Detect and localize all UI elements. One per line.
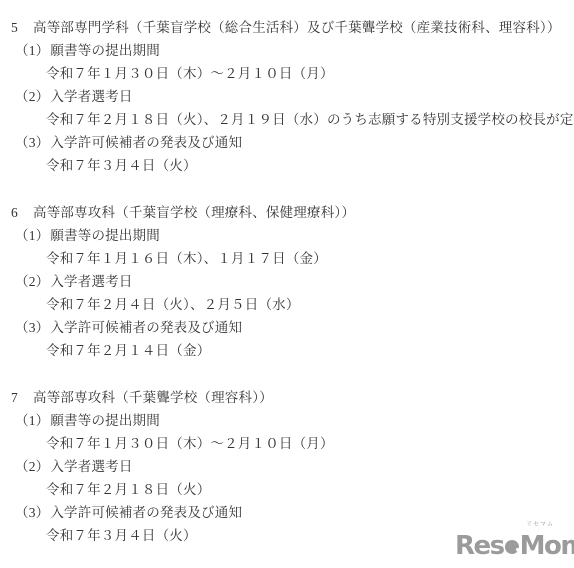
section-title-text: 高等部専攻科（千葉聾学校（理容科））	[33, 390, 273, 405]
item-heading-line: （1）願書等の提出期間	[11, 224, 570, 247]
item-heading-line: （3）入学許可候補者の発表及び通知	[11, 316, 570, 339]
section-title: 7高等部専攻科（千葉聾学校（理容科））	[11, 386, 570, 409]
item-label: （2）	[15, 274, 49, 289]
section-number: 5	[11, 16, 33, 39]
document-body: 5高等部専門学科（千葉盲学校（総合生活科）及び千葉聾学校（産業技術科、理容科））…	[11, 16, 570, 568]
resemom-logo: リセマム ResMom.	[455, 522, 567, 560]
section-6: 6高等部専攻科（千葉盲学校（理療科、保健理療科）） （1）願書等の提出期間 令和…	[11, 201, 570, 362]
item-label: （1）	[15, 228, 49, 243]
resemom-e-icon	[505, 540, 519, 554]
resemom-text-end: Mom	[520, 531, 574, 561]
item-heading: 入学許可候補者の発表及び通知	[50, 320, 242, 335]
item-label: （3）	[15, 505, 49, 520]
resemom-text-start: Res	[455, 531, 504, 561]
item-label: （2）	[15, 89, 49, 104]
item-heading: 入学者選考日	[50, 89, 132, 104]
section-title: 5高等部専門学科（千葉盲学校（総合生活科）及び千葉聾学校（産業技術科、理容科））	[11, 16, 570, 39]
item-heading: 願書等の提出期間	[50, 413, 160, 428]
item-heading: 願書等の提出期間	[50, 228, 160, 243]
item-heading-line: （3）入学許可候補者の発表及び通知	[11, 501, 570, 524]
section-title-text: 高等部専攻科（千葉盲学校（理療科、保健理療科））	[33, 205, 355, 220]
item-heading-line: （2）入学者選考日	[11, 270, 570, 293]
item-heading-line: （1）願書等の提出期間	[11, 39, 570, 62]
item-label: （1）	[15, 43, 49, 58]
section-number: 6	[11, 201, 33, 224]
item-detail: 令和７年２月１４日（金）	[11, 339, 570, 362]
item-heading: 願書等の提出期間	[50, 43, 160, 58]
item-heading: 入学許可候補者の発表及び通知	[50, 505, 242, 520]
item-label: （2）	[15, 459, 49, 474]
item-heading-line: （2）入学者選考日	[11, 455, 570, 478]
item-label: （1）	[15, 413, 49, 428]
resemom-ruby-label: リセマム	[526, 522, 554, 528]
section-title: 6高等部専攻科（千葉盲学校（理療科、保健理療科））	[11, 201, 570, 224]
resemom-wordmark: ResMom.	[455, 532, 574, 560]
item-heading-line: （3）入学許可候補者の発表及び通知	[11, 131, 570, 154]
item-detail: 令和７年２月１８日（火）	[11, 478, 570, 501]
item-detail: 令和７年１月１６日（木）、１月１７日（金）	[11, 247, 570, 270]
item-detail: 令和７年１月３０日（木）～２月１０日（月）	[11, 432, 570, 455]
item-detail: 令和７年２月１８日（火）、２月１９日（水）のうち志願する特別支援学校の校長が定め…	[11, 108, 570, 131]
item-heading: 入学許可候補者の発表及び通知	[50, 135, 242, 150]
item-heading-line: （1）願書等の提出期間	[11, 409, 570, 432]
item-heading: 入学者選考日	[50, 459, 132, 474]
item-detail: 令和７年１月３０日（木）～２月１０日（月）	[11, 62, 570, 85]
section-title-text: 高等部専門学科（千葉盲学校（総合生活科）及び千葉聾学校（産業技術科、理容科））	[33, 20, 561, 35]
item-label: （3）	[15, 135, 49, 150]
item-detail: 令和７年３月４日（火）	[11, 154, 570, 177]
item-heading: 入学者選考日	[50, 274, 132, 289]
item-label: （3）	[15, 320, 49, 335]
item-detail: 令和７年２月４日（火）、２月５日（水）	[11, 293, 570, 316]
section-number: 7	[11, 386, 33, 409]
section-5: 5高等部専門学科（千葉盲学校（総合生活科）及び千葉聾学校（産業技術科、理容科））…	[11, 16, 570, 177]
item-heading-line: （2）入学者選考日	[11, 85, 570, 108]
